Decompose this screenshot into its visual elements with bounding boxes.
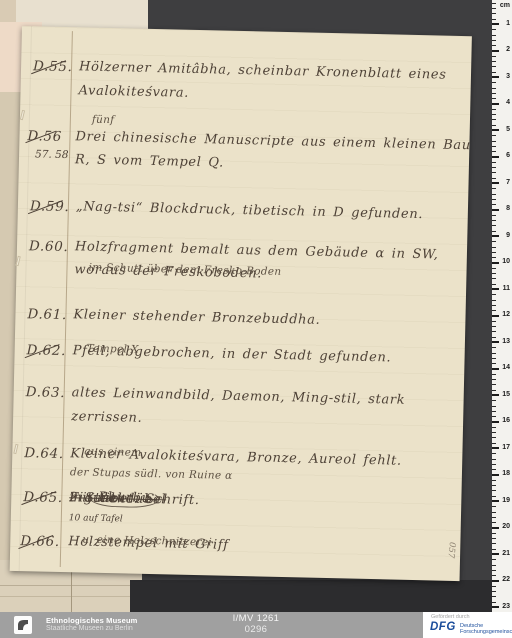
ruler-tick <box>492 321 496 322</box>
ruler-tick <box>492 257 496 258</box>
ruler-tick <box>492 82 496 83</box>
ruler-tick <box>492 315 499 317</box>
ruler-tick <box>492 182 499 184</box>
ruler-tick <box>492 278 496 279</box>
ruler-tick <box>492 284 496 285</box>
ruler-tick <box>492 220 496 221</box>
ruler-tick <box>492 66 496 67</box>
ruler-number: 7 <box>506 179 510 186</box>
ruler-tick <box>492 500 499 502</box>
entry-number: D.61. <box>27 306 67 323</box>
ruler-tick <box>492 305 496 306</box>
ruler-tick <box>492 215 496 216</box>
text-segment: der Stupas südl. von Ruine α <box>70 466 233 482</box>
ruler-number: 9 <box>506 232 510 239</box>
ruler-tick <box>492 596 496 597</box>
ruler-tick <box>492 209 499 211</box>
ruler-tick <box>492 543 496 544</box>
ruler-tick <box>492 485 496 486</box>
ruler-tick <box>492 464 496 465</box>
ruler-tick <box>492 247 496 248</box>
ruler-tick <box>492 490 496 491</box>
page-number-pencil-mark: 057 <box>445 541 457 558</box>
ruler-tick <box>492 72 496 73</box>
text-segment: Kleiner stehender Bronzebuddha. <box>73 307 320 328</box>
ruler-tick <box>492 109 496 110</box>
entry-number: D.60. <box>29 238 69 255</box>
ruler-tick <box>492 570 496 571</box>
ruler-tick <box>492 575 496 576</box>
ruler-tick <box>492 580 499 582</box>
entry-number: D.64. <box>24 445 64 462</box>
ruler-tick <box>492 512 496 513</box>
ruler-tick <box>492 35 496 36</box>
ruler-tick <box>492 151 496 152</box>
text-segment: Drei chinesische Manuscripte aus einem k… <box>75 129 471 153</box>
ruler-tick <box>492 586 496 587</box>
ruler-number: 18 <box>502 470 510 477</box>
ruler-number: 6 <box>506 152 510 159</box>
ruler-tick <box>492 88 496 89</box>
ruler-number: 2 <box>506 46 510 53</box>
ruler-tick <box>492 178 496 179</box>
dfg-name-line2: Forschungsgemeinschaft <box>460 629 512 635</box>
ruler-tick <box>492 384 496 385</box>
funding-label-box: Gefördert durch DFG Deutsche Forschungsg… <box>423 612 512 638</box>
ruler-tick <box>492 469 496 470</box>
entry-number: D.65. <box>23 489 63 506</box>
ruler-tick <box>492 549 496 550</box>
ruler-tick <box>492 432 496 433</box>
ruler-number: 19 <box>502 497 510 504</box>
binding-stitch <box>20 110 25 120</box>
ruler-tick <box>492 45 496 46</box>
ruler-tick <box>492 480 496 481</box>
ruler-tick <box>492 533 496 534</box>
ruler-tick <box>492 310 496 311</box>
ruler-tick <box>492 553 499 555</box>
ruler-tick <box>492 114 496 115</box>
background-cloth <box>130 580 492 614</box>
ruler-number: 15 <box>502 391 510 398</box>
ruler-number: 11 <box>503 285 510 292</box>
ruler-number: 1 <box>506 20 510 27</box>
ruler-tick <box>492 421 499 423</box>
ruler-tick <box>492 353 496 354</box>
ruler: cm 1234567891011121314151617181920212223 <box>492 0 512 620</box>
ruler-tick <box>492 146 496 147</box>
ruler-tick <box>492 3 496 4</box>
ruler-tick <box>492 496 496 497</box>
ruler-tick <box>492 156 499 158</box>
ruler-tick <box>492 199 496 200</box>
text-segment: aus einem <box>84 446 141 459</box>
page-edge-line <box>0 596 130 597</box>
ruler-tick <box>492 241 496 242</box>
page-edge-line <box>0 585 138 586</box>
ruler-tick <box>492 379 496 380</box>
ruler-tick <box>492 231 496 232</box>
ruler-tick <box>492 268 496 269</box>
entry-number: D.56 <box>27 128 62 145</box>
ruler-tick <box>492 447 499 449</box>
ruler-tick <box>492 474 499 476</box>
entry-number: D.66. <box>20 533 60 550</box>
ruler-tick <box>492 119 496 120</box>
ruler-tick <box>492 565 496 566</box>
ruler-tick <box>492 252 496 253</box>
ruler-tick <box>492 19 496 20</box>
ruler-tick <box>492 162 496 163</box>
ruler-tick <box>492 559 496 560</box>
text-segment: R, S vom Tempel Q. <box>75 152 224 170</box>
ruler-tick <box>492 98 496 99</box>
ruler-unit-label: cm <box>500 2 510 9</box>
binding-stitch <box>16 256 21 266</box>
ruler-tick <box>492 368 499 370</box>
ruler-tick <box>492 341 499 343</box>
ruler-tick <box>492 50 499 52</box>
ruler-tick <box>492 437 496 438</box>
ruler-tick <box>492 135 496 136</box>
text-segment: „Nag-tsi“ Blockdruck, tibetisch in D gef… <box>76 199 424 222</box>
ruler-tick <box>492 358 496 359</box>
ruled-margin-line <box>60 31 73 567</box>
binding-stitch <box>13 444 18 454</box>
ruler-tick <box>492 390 496 391</box>
ruler-tick <box>492 141 496 142</box>
ruler-tick <box>492 400 496 401</box>
ruler-tick <box>492 129 499 131</box>
ruler-tick <box>492 194 496 195</box>
ruler-tick <box>492 394 499 396</box>
ruler-number: 16 <box>502 417 510 424</box>
ruler-tick <box>492 288 499 290</box>
text-segment: Tempel X <box>87 343 139 356</box>
ruler-tick <box>492 29 496 30</box>
entry-subline: 10 auf Tafel <box>69 513 123 524</box>
ruler-tick <box>492 427 496 428</box>
ruler-tick <box>492 416 496 417</box>
ruler-tick <box>492 337 496 338</box>
ruler-number: 20 <box>502 523 510 530</box>
ruler-tick <box>492 326 496 327</box>
ruler-tick <box>492 606 499 608</box>
entry-number: D.62. <box>26 342 66 359</box>
ruler-number: 13 <box>502 338 510 345</box>
ruler-tick <box>492 23 499 25</box>
entry-subnumber: 57. 58 <box>35 148 69 161</box>
funding-prefix: Gefördert durch <box>431 614 470 620</box>
ruler-tick <box>492 347 496 348</box>
ruler-tick <box>492 294 496 295</box>
text-segment: Hölzerner Amitâbha, scheinbar Kronenblat… <box>79 59 447 82</box>
ruler-tick <box>492 40 496 41</box>
ruler-tick <box>492 56 496 57</box>
ruler-tick <box>492 93 496 94</box>
ruler-tick <box>492 204 496 205</box>
ruler-tick <box>492 406 496 407</box>
ruler-tick <box>492 374 496 375</box>
text-segment: altes Leinwandbild, Daemon, Ming-stil, s… <box>72 385 406 408</box>
ruler-number: 17 <box>502 444 510 451</box>
ruler-tick <box>492 591 496 592</box>
ruler-number: 23 <box>502 603 510 610</box>
ruler-tick <box>492 76 499 78</box>
ruler-tick <box>492 8 496 9</box>
text-segment: Holzfragment bemalt aus dem Gebäude α in… <box>75 239 439 262</box>
ruler-tick <box>492 411 496 412</box>
scanned-document-view: D.55.Hölzerner Amitâbha, scheinbar Krone… <box>0 0 512 638</box>
ruler-tick <box>492 167 496 168</box>
ruler-tick <box>492 443 496 444</box>
ruler-number: 5 <box>506 126 510 133</box>
ruler-tick <box>492 300 496 301</box>
dfg-logo: DFG <box>430 621 456 633</box>
ruler-number: 8 <box>506 205 510 212</box>
ruler-tick <box>492 522 496 523</box>
ruler-tick <box>492 453 496 454</box>
entry-number: D.59. <box>30 198 70 215</box>
ruler-number: 4 <box>506 99 510 106</box>
margin-line-continuation <box>71 571 72 612</box>
ruler-tick <box>492 172 496 173</box>
text-segment: Avalokiteśvara. <box>78 83 189 101</box>
ruler-number: 21 <box>502 550 510 557</box>
entry-number: D.55. <box>33 58 73 75</box>
ruler-number: 14 <box>502 364 510 371</box>
ruler-tick <box>492 273 496 274</box>
ruler-number: 3 <box>506 73 510 80</box>
ruler-tick <box>492 125 496 126</box>
ruler-tick <box>492 538 496 539</box>
ruler-tick <box>492 363 496 364</box>
entry-correction-note: fünf <box>92 114 115 127</box>
ruler-tick <box>492 527 499 529</box>
ruler-tick <box>492 225 496 226</box>
ruler-tick <box>492 331 496 332</box>
ruler-number: 12 <box>502 311 510 318</box>
ruler-tick <box>492 459 496 460</box>
ruler-tick <box>492 61 496 62</box>
manuscript-page: D.55.Hölzerner Amitâbha, scheinbar Krone… <box>10 26 472 581</box>
ruler-tick <box>492 13 496 14</box>
ruler-tick <box>492 103 499 105</box>
ruler-tick <box>492 188 496 189</box>
ruler-tick <box>492 517 496 518</box>
ruler-number: 10 <box>502 258 510 265</box>
ruler-tick <box>492 506 496 507</box>
entry-number: D.63. <box>26 384 66 401</box>
ruler-tick <box>492 602 496 603</box>
text-segment: zerrissen. <box>71 409 142 426</box>
ruler-number: 22 <box>502 576 510 583</box>
ruler-tick <box>492 262 499 264</box>
ruler-tick <box>492 235 499 237</box>
